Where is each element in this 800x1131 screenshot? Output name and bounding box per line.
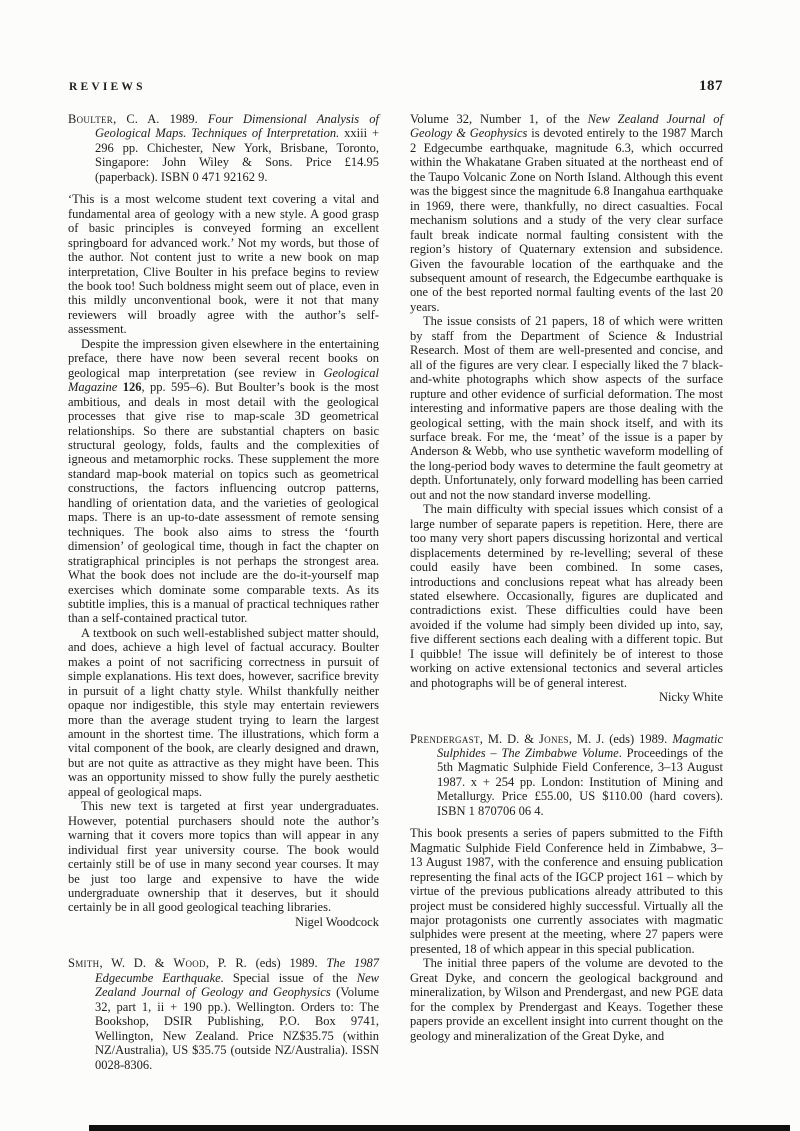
- review-paragraph: A textbook on such well-established subj…: [68, 626, 379, 799]
- scan-edge-artifact: [89, 1125, 790, 1131]
- review-paragraph: The main difficulty with special issues …: [410, 502, 723, 690]
- review-paragraph: This book presents a series of papers su…: [410, 826, 723, 956]
- citation-smith: Smith, W. D. & Wood, P. R. (eds) 1989. T…: [68, 956, 379, 1072]
- left-column: Boulter, C. A. 1989. Four Dimensional An…: [68, 112, 379, 1080]
- review-paragraph: ‘This is a most welcome student text cov…: [68, 192, 379, 337]
- reviewer-signature: Nicky White: [410, 690, 723, 704]
- right-column: Volume 32, Number 1, of the New Zealand …: [410, 112, 723, 1043]
- review-paragraph: The initial three papers of the volume a…: [410, 956, 723, 1043]
- review-paragraph: Despite the impression given elsewhere i…: [68, 337, 379, 626]
- running-head: REVIEWS: [69, 81, 146, 93]
- review-paragraph: The issue consists of 21 papers, 18 of w…: [410, 314, 723, 502]
- page-number: 187: [699, 78, 723, 95]
- review-paragraph: This new text is targeted at first year …: [68, 799, 379, 915]
- citation-boulter: Boulter, C. A. 1989. Four Dimensional An…: [68, 112, 379, 184]
- review-paragraph: Volume 32, Number 1, of the New Zealand …: [410, 112, 723, 314]
- page-header: REVIEWS 187: [69, 78, 723, 95]
- journal-page: REVIEWS 187 Boulter, C. A. 1989. Four Di…: [0, 0, 800, 1131]
- citation-prendergast: Prendergast, M. D. & Jones, M. J. (eds) …: [410, 732, 723, 819]
- reviewer-signature: Nigel Woodcock: [68, 915, 379, 929]
